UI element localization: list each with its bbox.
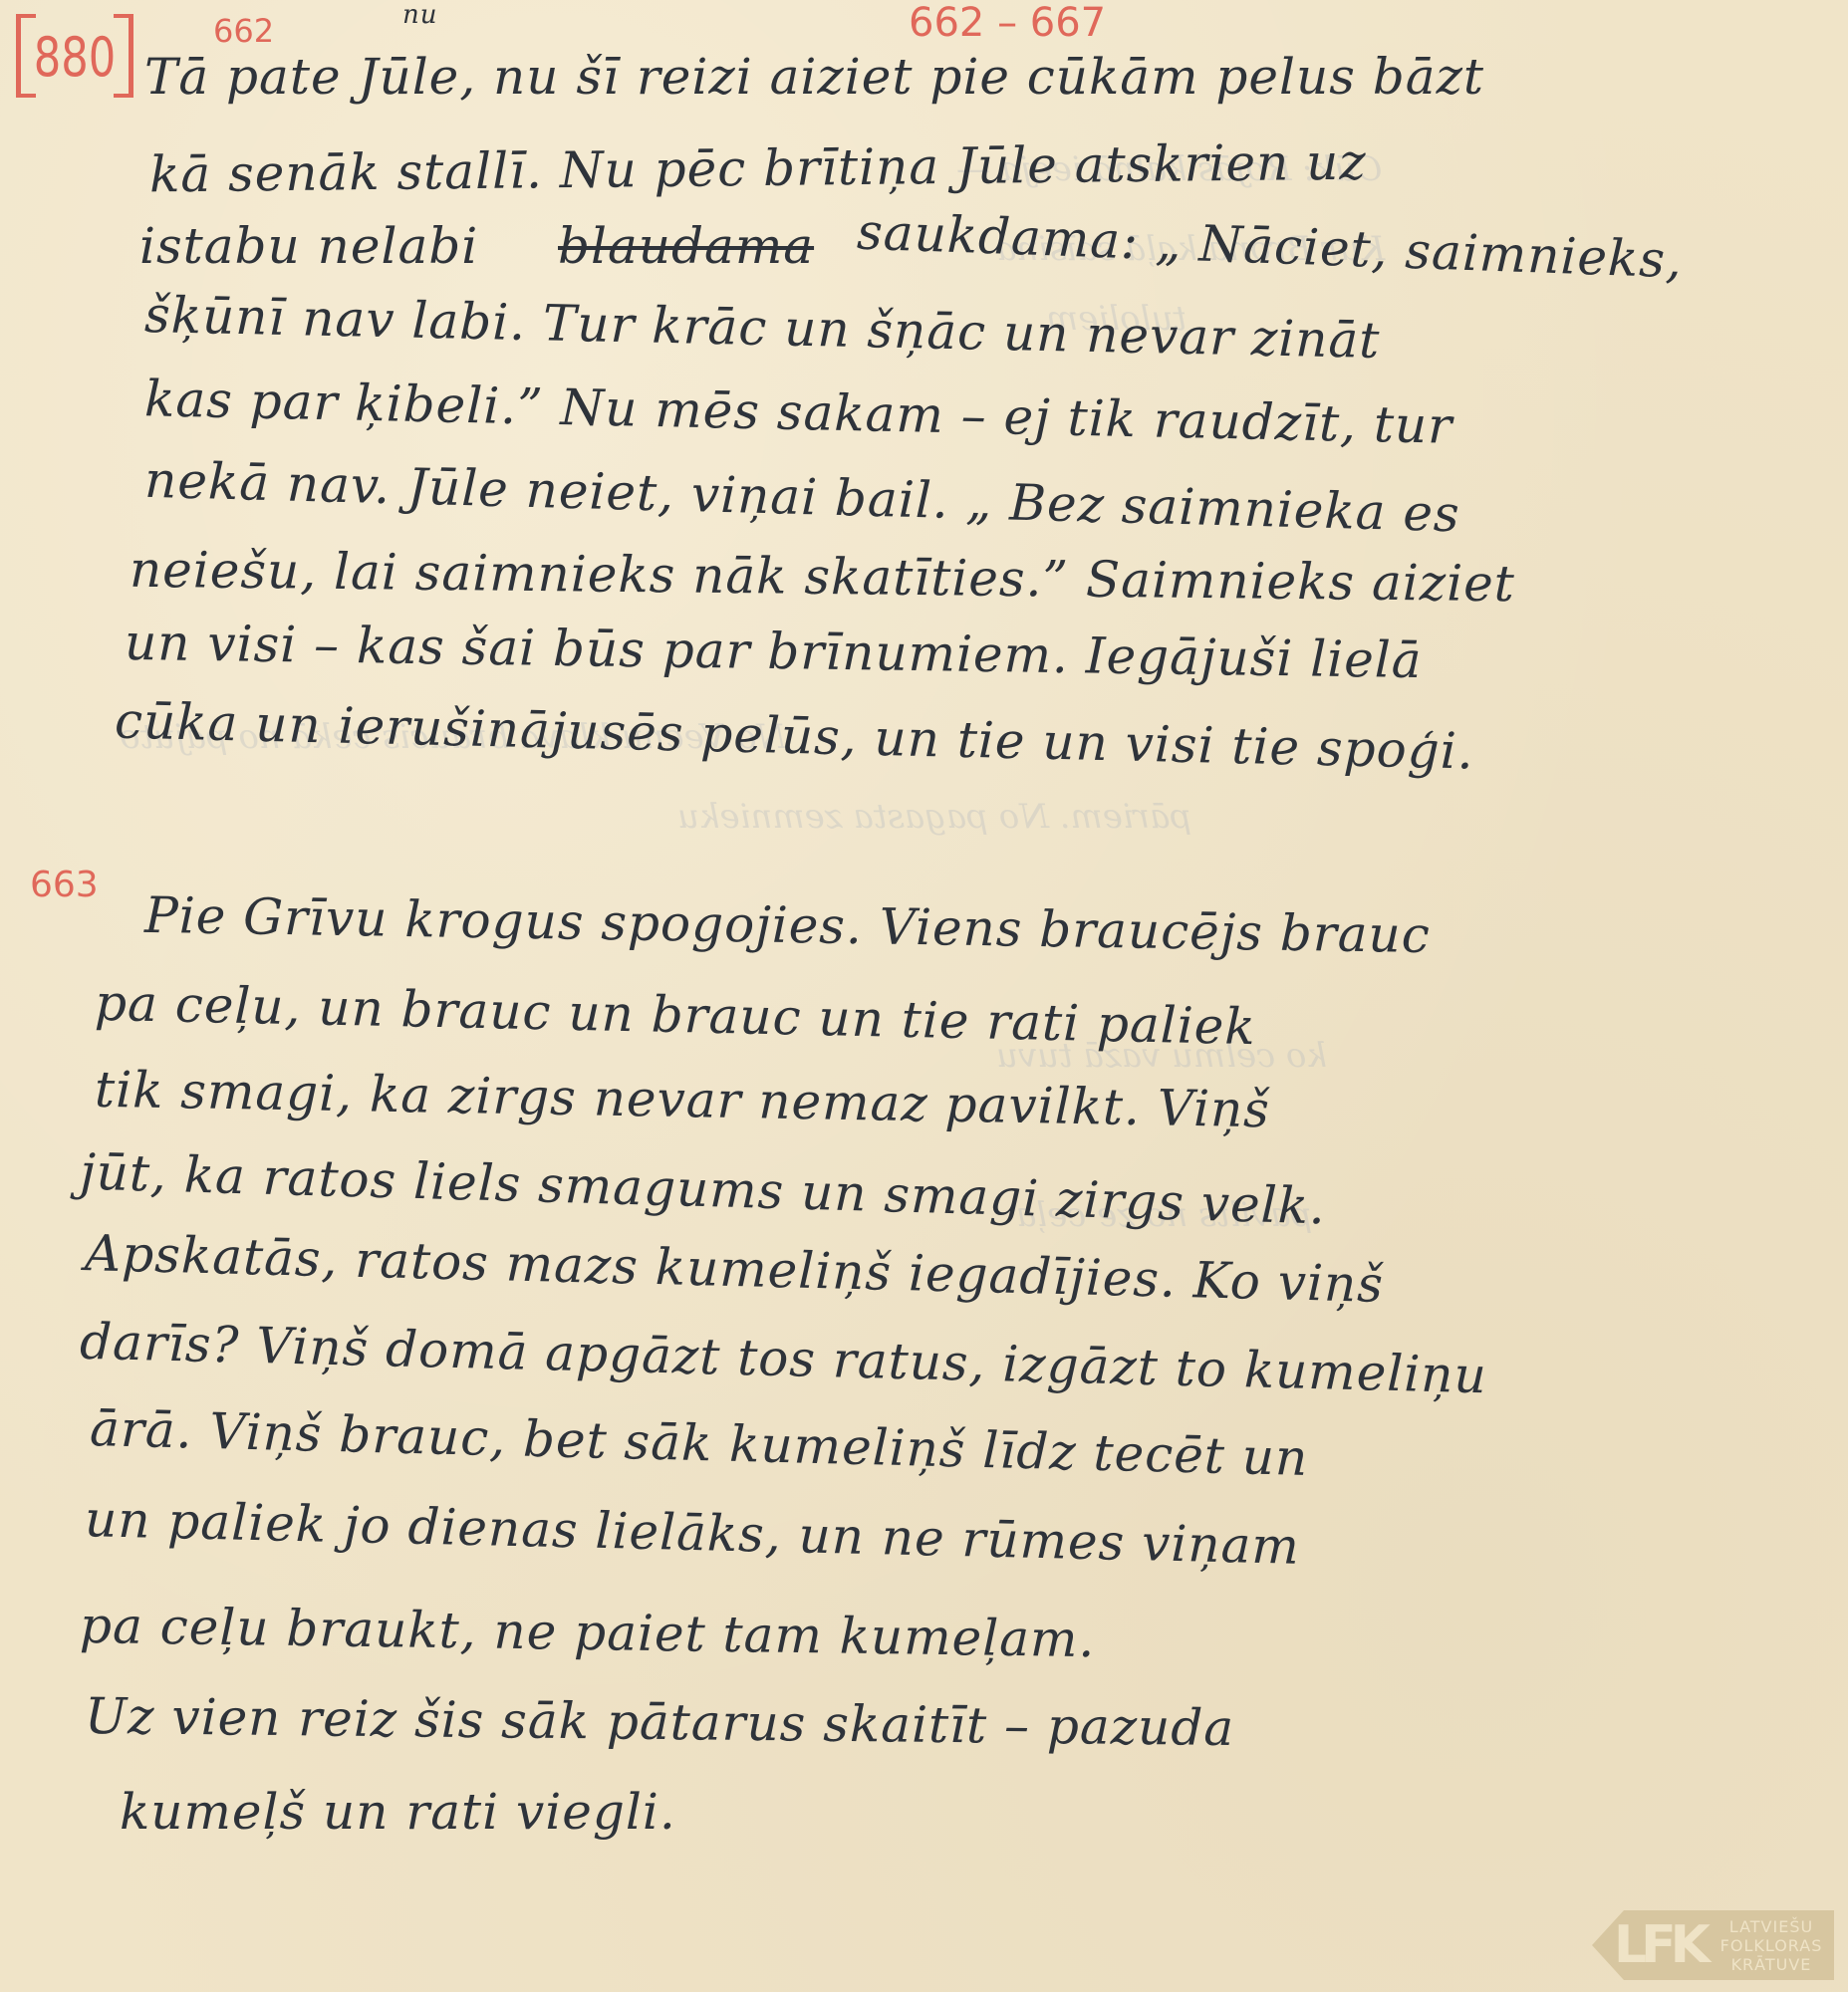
- item-range: 662 – 667: [909, 0, 1106, 46]
- logo-line-1: LATVIEŠU: [1714, 1917, 1829, 1936]
- item-number-663: 663: [30, 865, 99, 905]
- struck-word: blaudama: [558, 217, 814, 275]
- text-line: kumeļš un rati viegli.: [120, 1783, 676, 1841]
- logo-text: LATVIEŠU FOLKLORAS KRĀTUVE: [1714, 1917, 1829, 1974]
- logo-line-3: KRĀTUVE: [1714, 1955, 1829, 1974]
- bleed-through-text: pāriem. No pagasta zemnieku: [677, 797, 1191, 837]
- logo-mark-icon: LFK: [1614, 1916, 1705, 1974]
- insertion-mark: nu: [402, 0, 438, 30]
- catalog-number-box: 880: [16, 14, 133, 98]
- item-number-top: 662: [213, 12, 274, 50]
- archive-logo: LFK LATVIEŠU FOLKLORAS KRĀTUVE: [1592, 1910, 1834, 1980]
- text-line: istabu nelabi: [139, 217, 478, 275]
- text-line: Uz vien reiz šis sāk pātarus skaitīt – p…: [85, 1687, 1235, 1757]
- catalog-number: 880: [32, 28, 118, 88]
- text-line: Tā pate Jūle, nu šī reizi aiziet pie cūk…: [144, 48, 1484, 106]
- logo-line-2: FOLKLORAS: [1714, 1936, 1829, 1955]
